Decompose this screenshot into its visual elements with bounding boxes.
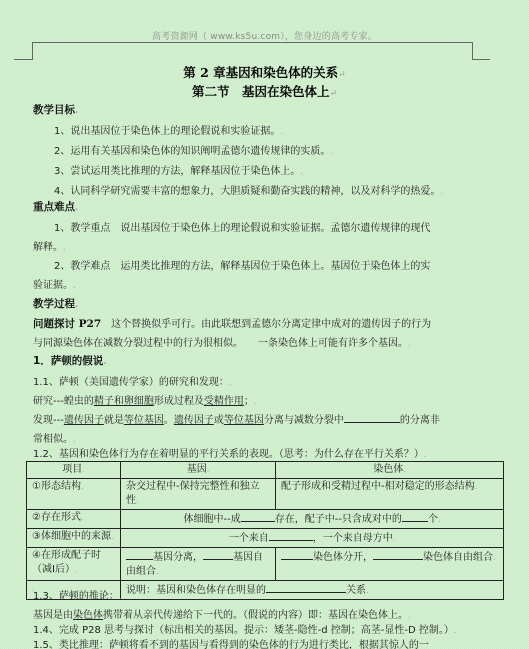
table-cell: ①形态结构.: [27, 479, 121, 510]
process-heading: 教学过程.: [33, 296, 78, 311]
section-1-3: 1.3、萨顿的推论：.: [33, 587, 121, 602]
objective-item: 1、说出基因位于染色体上的理论假说和实验证据。.: [54, 122, 283, 137]
table-header-row: 项目. 基因. 染色体.: [27, 462, 504, 479]
section-title: 第二节 基因在染色体上↵: [0, 82, 529, 100]
header-rule: [0, 0, 529, 70]
fill-blank: [344, 412, 400, 423]
fill-blank: [402, 511, 428, 522]
table-cell: 基因分离，基因自由组合.: [121, 548, 276, 581]
table-cell: ③体细胞中的来源.: [27, 529, 121, 548]
table-row: ④在形成配子时（减Ⅰ后）. 基因分离，基因自由组合. 染色体分开，染色体自由组合…: [27, 548, 504, 581]
hypothesis-line: 基因是由染色体携带着从亲代传递给下一代的。（假说的内容）即：基因在染色体上。.: [33, 606, 411, 621]
table-row: ①形态结构. 杂交过程中-保持完整性和独立性. 配子形成和受精过程中-相对稳定的…: [27, 479, 504, 510]
table-row: ②存在形式. 体细胞中--成存在，配子中--只含成对中的个.: [27, 510, 504, 529]
table-cell: ④在形成配子时（减Ⅰ后）.: [27, 548, 121, 581]
table-header: 项目.: [27, 462, 121, 479]
table-row: ③体细胞中的来源. 一个来自，一个来自母方中.: [27, 529, 504, 548]
table-cell: 体细胞中--成存在，配子中--只含成对中的个.: [121, 510, 504, 529]
fill-blank: [281, 549, 313, 560]
sutton-hypothesis-heading: 1．萨顿的假说.: [33, 353, 106, 368]
key-points-heading: 重点难点.: [33, 199, 78, 214]
objective-item: 2、运用有关基因和染色体的知识阐明孟德尔遗传规律的实质。.: [54, 142, 333, 157]
section-1-2: 1.2、基因和染色体行为存在着明显的平行关系的表现。（思考：为什么存在平行关系？…: [33, 445, 426, 460]
table-cell: 染色体分开，染色体自由组合.: [276, 548, 504, 581]
fill-blank: [241, 511, 275, 522]
table-cell: 杂交过程中-保持完整性和独立性.: [121, 479, 276, 510]
table-cell: ②存在形式.: [27, 510, 121, 529]
fill-blank: [126, 549, 153, 560]
key-difficulty-line-cont: 验证据。.: [33, 276, 76, 291]
table-header: 染色体.: [276, 462, 504, 479]
table-cell: 说明：基因和染色体存在明显的关系.: [121, 581, 504, 600]
gene-chromosome-table: 项目. 基因. 染色体. ①形态结构. 杂交过程中-保持完整性和独立性. 配子形…: [26, 461, 504, 600]
document-page: 高考资源网（ www.ks5u.com），您身边的高考专家。 第 2 章基因和染…: [0, 0, 529, 649]
objective-item: 4、认同科学研究需要丰富的想象力，大胆质疑和勤奋实践的精神，以及对科学的热爱。.: [54, 182, 443, 197]
fill-blank: [373, 549, 423, 560]
key-focus-line: 1、教学重点 说出基因位于染色体上的理论假说和实验证据。孟德尔遗传规律的现代: [54, 219, 430, 234]
discovery-line: 发现---遗传因子就是等位基因。遗传因子或等位基因分离与减数分裂中的分离非: [33, 411, 440, 426]
discovery-line-cont: 常相似。.: [33, 430, 76, 445]
section-1-4: 1.4、完成 P28 思考与探讨（标出相关的基因。提示：矮茎-隐性-d 控制；高…: [33, 621, 456, 636]
key-difficulty-line: 2、教学难点 运用类比推理的方法，解释基因位于染色体上。基因位于染色体上的实: [54, 257, 430, 272]
key-focus-line-cont: 解释。.: [33, 238, 66, 253]
fill-blank: [203, 549, 233, 560]
objective-item: 3、尝试运用类比推理的方法，解释基因位于染色体上。.: [54, 162, 303, 177]
table-header: 基因.: [121, 462, 276, 479]
objectives-heading: 教学目标.: [33, 102, 78, 117]
fill-blank: [266, 582, 346, 593]
table-cell: 配子形成和受精过程中-相对稳定的形态结构.: [276, 479, 504, 510]
section-1-1: 1.1、萨顿（美国遗传学家）的研究和发现：.: [33, 373, 231, 388]
research-line: 研究---蝗虫的精子和卵细胞形成过程及受精作用；.: [33, 392, 256, 407]
problem-discussion-cont: 与同源染色体在减数分裂过程中的行为很相似。 一条染色体上可能有许多个基因。.: [33, 334, 411, 349]
section-1-5: 1.5、类比推理：萨顿将看不到的基因与看得到的染色体的行为进行类比，根据其惊人的…: [33, 636, 429, 649]
chapter-title: 第 2 章基因和染色体的关系↵: [0, 63, 529, 81]
problem-discussion: 问题探讨 P27 这个替换似乎可行。由此联想到孟德尔分离定律中成对的遗传因子的行…: [33, 315, 431, 331]
table-cell: 一个来自，一个来自母方中.: [121, 529, 504, 548]
fill-blank: [269, 530, 313, 541]
